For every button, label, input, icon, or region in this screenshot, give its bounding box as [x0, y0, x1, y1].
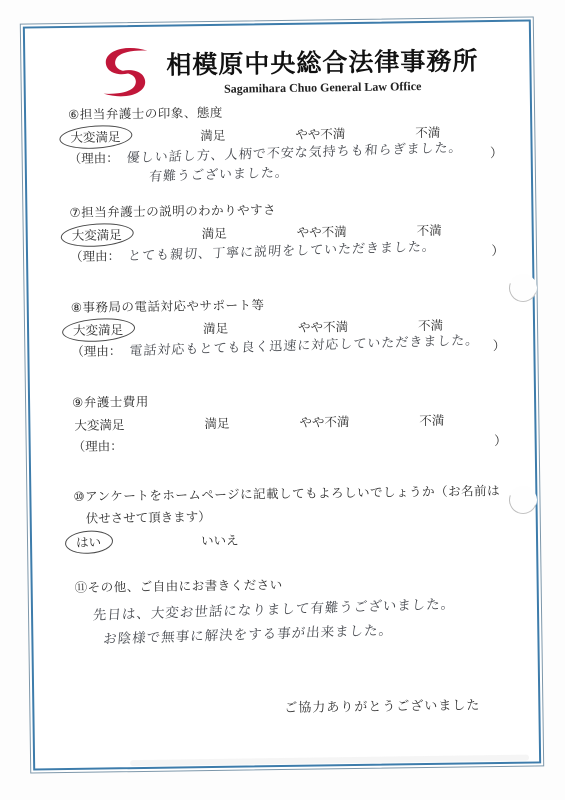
page-border-frame: 相模原中央総合法律事務所 Sagamihara Chuo General Law… — [23, 19, 541, 770]
option-satisfied: 満足 — [202, 416, 231, 432]
option-very-satisfied: 大変満足 — [72, 417, 126, 434]
question-6-reason-body: 優しい話し方、人柄で不安な気持ちも和らぎました。 有難うございました。 — [127, 145, 491, 186]
office-header: 相模原中央総合法律事務所 Sagamihara Chuo General Law… — [67, 40, 506, 100]
option-very-satisfied: 大変満足 — [71, 322, 125, 339]
rating-option: やや不満 — [297, 413, 417, 431]
reason-open-paren: （理由： — [69, 150, 120, 187]
reason-open-paren: （理由： — [70, 248, 120, 266]
option-very-satisfied: 大変満足 — [70, 227, 124, 244]
option-somewhat-dissatisfied: やや不満 — [296, 319, 350, 336]
rating-option: 満足 — [202, 415, 297, 432]
rating-option: 大変満足 — [68, 128, 198, 146]
survey-page: 相模原中央総合法律事務所 Sagamihara Chuo General Law… — [20, 16, 544, 773]
rating-option: やや不満 — [293, 125, 413, 143]
question-9-reason-row: （理由： ） — [73, 433, 511, 456]
option-dissatisfied: 不満 — [413, 125, 442, 141]
rating-option: やや不満 — [295, 223, 415, 241]
question-6-title: ⑥担当弁護士の印象、態度 — [68, 101, 506, 123]
question-9-reason-body — [131, 433, 495, 455]
question-8-title: ⑧事務局の電話対応やサポート等 — [71, 294, 509, 316]
option-satisfied: 満足 — [198, 128, 227, 144]
question-7-options: 大変満足 満足 やや不満 不満 — [70, 222, 508, 244]
rating-option: 不満 — [417, 413, 446, 429]
option-somewhat-dissatisfied: やや不満 — [295, 224, 349, 241]
question-9-options: 大変満足 満足 やや不満 不満 — [72, 412, 510, 434]
rating-option: 大変満足 — [71, 321, 201, 339]
question-11-block: ⑪その他、ご自由にお書きください 先日は、大変お世話になりまして有難うございまし… — [75, 574, 514, 648]
question-9-title: ⑨弁護士費用 — [72, 389, 510, 411]
option-yes: はい — [74, 535, 103, 551]
rating-option: 不満 — [413, 125, 442, 141]
option-dissatisfied: 不満 — [417, 413, 446, 429]
reason-close-paren: ） — [494, 433, 511, 450]
option-very-satisfied: 大変満足 — [68, 129, 122, 146]
option-satisfied: 満足 — [200, 226, 229, 242]
question-8-reason-body: 電話対応もとても良く迅速に対応していただきました。 — [129, 338, 493, 360]
reason-open-paren: （理由： — [71, 343, 121, 361]
rating-option: 満足 — [200, 225, 295, 242]
option-satisfied: 満足 — [201, 321, 230, 337]
no-option: いいえ — [199, 533, 241, 550]
question-9-block: ⑨弁護士費用 大変満足 満足 やや不満 不満 （理由： ） — [72, 389, 511, 456]
yes-option: はい — [74, 533, 199, 551]
office-name-japanese: 相模原中央総合法律事務所 — [166, 41, 478, 81]
option-dissatisfied: 不満 — [415, 223, 444, 239]
reason-open-paren: （理由： — [73, 438, 123, 456]
question-6-reason-row: （理由： 優しい話し方、人柄で不安な気持ちも和らぎました。 有難うございました。… — [69, 145, 507, 187]
question-8-block: ⑧事務局の電話対応やサポート等 大変満足 満足 やや不満 不満 （理由： 電話対… — [71, 294, 510, 361]
rating-option: やや不満 — [296, 318, 416, 336]
rating-option: 大変満足 — [70, 226, 200, 244]
question-7-reason-body: とても親切、丁寧に説明をしていただきました。 — [128, 243, 492, 265]
question-11-answer: 先日は、大変お世話になりまして有難うございました。 お陰様で無事に解決をする事が… — [93, 598, 514, 648]
reason-close-paren: ） — [493, 338, 510, 355]
option-no: いいえ — [199, 533, 241, 550]
question-10-title-line1: ⑩アンケートをホームページに記載してもよろしいでしょうか（お名前は — [73, 483, 511, 505]
question-10-title-line2: 伏せさせて頂きます） — [86, 505, 512, 527]
question-10-block: ⑩アンケートをホームページに記載してもよろしいでしょうか（お名前は 伏せさせて頂… — [73, 483, 512, 551]
question-10-options: はい いいえ — [74, 529, 512, 551]
option-somewhat-dissatisfied: やや不満 — [293, 126, 347, 143]
rating-option: 満足 — [198, 127, 293, 144]
reason-close-paren: ） — [490, 145, 507, 181]
option-dissatisfied: 不満 — [416, 318, 445, 334]
rating-option: 不満 — [415, 223, 444, 239]
question-7-title: ⑦担当弁護士の説明のわかりやすさ — [69, 199, 507, 221]
rating-option: 満足 — [201, 320, 296, 337]
question-8-reason-row: （理由： 電話対応もとても良く迅速に対応していただきました。 ） — [71, 338, 509, 361]
scan-artifact — [130, 755, 529, 767]
question-7-reason-row: （理由： とても親切、丁寧に説明をしていただきました。 ） — [70, 243, 508, 266]
office-name-english: Sagamihara Chuo General Law Office — [167, 78, 479, 97]
handwritten-reason-line: 有難うございました。 — [148, 164, 289, 185]
rating-option: 不満 — [416, 318, 445, 334]
option-somewhat-dissatisfied: やや不満 — [297, 414, 351, 431]
question-7-block: ⑦担当弁護士の説明のわかりやすさ 大変満足 満足 やや不満 不満 （理由： とて… — [69, 199, 508, 266]
rating-option: 大変満足 — [72, 416, 202, 434]
question-6-block: ⑥担当弁護士の印象、態度 大変満足 満足 やや不満 不満 （理由： 優しい話し方… — [68, 101, 507, 187]
reason-close-paren: ） — [491, 243, 508, 260]
office-logo-s-swirl-icon — [94, 45, 157, 100]
thanks-footer: ご協力ありがとうございました — [76, 694, 514, 719]
